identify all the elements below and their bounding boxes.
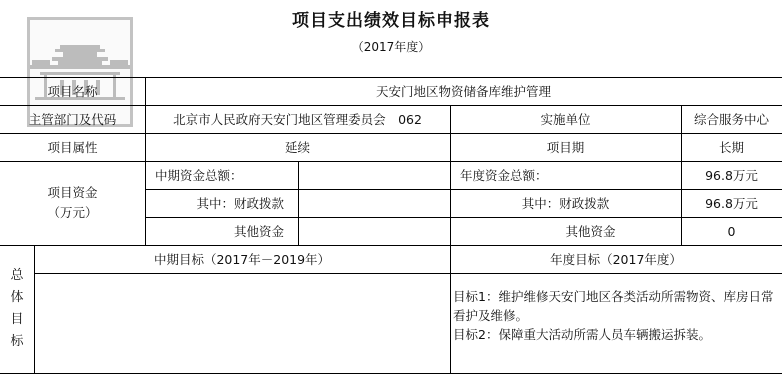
- overall-goals-label: 总 体 目 标: [0, 245, 34, 373]
- mid-goals-content: [34, 273, 450, 373]
- department-label: 主管部门及代码: [0, 105, 145, 133]
- period-value: 长期: [681, 133, 782, 161]
- funds-label: 项目资金 （万元）: [0, 161, 145, 245]
- annual-fiscal-label: 其中：财政拨款: [450, 189, 681, 217]
- department-value: 北京市人民政府天安门地区管理委员会 062: [145, 105, 450, 133]
- mid-total-value: [298, 161, 450, 189]
- mid-total-label: 中期资金总额：: [145, 161, 298, 189]
- goals-label-char: 目: [10, 309, 23, 331]
- goals-label-char: 体: [10, 287, 23, 309]
- mid-fiscal-label: 其中：财政拨款: [145, 189, 298, 217]
- attribute-value: 延续: [145, 133, 450, 161]
- period-label: 项目期: [450, 133, 681, 161]
- annual-other-label: 其他资金: [450, 217, 681, 245]
- annual-goals-content: 目标1：维护维修天安门地区各类活动所需物资、库房日常看护及维修。 目标2：保障重…: [450, 287, 782, 373]
- annual-goals-header: 年度目标（2017年度）: [450, 245, 782, 273]
- annual-fiscal-value: 96.8万元: [681, 189, 782, 217]
- annual-goal-item: 目标1：维护维修天安门地区各类活动所需物资、库房日常看护及维修。: [453, 287, 776, 325]
- mid-fiscal-value: [298, 189, 450, 217]
- goals-label-char: 总: [10, 265, 23, 287]
- project-name-value: 天安门地区物资储备库维护管理: [145, 77, 782, 105]
- implementer-value: 综合服务中心: [681, 105, 782, 133]
- goals-label-char: 标: [10, 331, 23, 353]
- performance-table: 项目名称 天安门地区物资储备库维护管理 主管部门及代码 北京市人民政府天安门地区…: [0, 0, 782, 375]
- annual-total-label: 年度资金总额：: [450, 161, 681, 189]
- mid-goals-header: 中期目标（2017年－2019年）: [34, 245, 450, 273]
- mid-other-label: 其他资金: [145, 217, 298, 245]
- funds-label-line1: 项目资金: [47, 183, 97, 203]
- annual-goal-item: 目标2：保障重大活动所需人员车辆搬运拆装。: [453, 325, 776, 344]
- mid-other-value: [298, 217, 450, 245]
- attribute-label: 项目属性: [0, 133, 145, 161]
- annual-other-value: 0: [681, 217, 782, 245]
- project-name-label: 项目名称: [0, 77, 145, 105]
- implementer-label: 实施单位: [450, 105, 681, 133]
- annual-total-value: 96.8万元: [681, 161, 782, 189]
- funds-label-line2: （万元）: [47, 203, 97, 223]
